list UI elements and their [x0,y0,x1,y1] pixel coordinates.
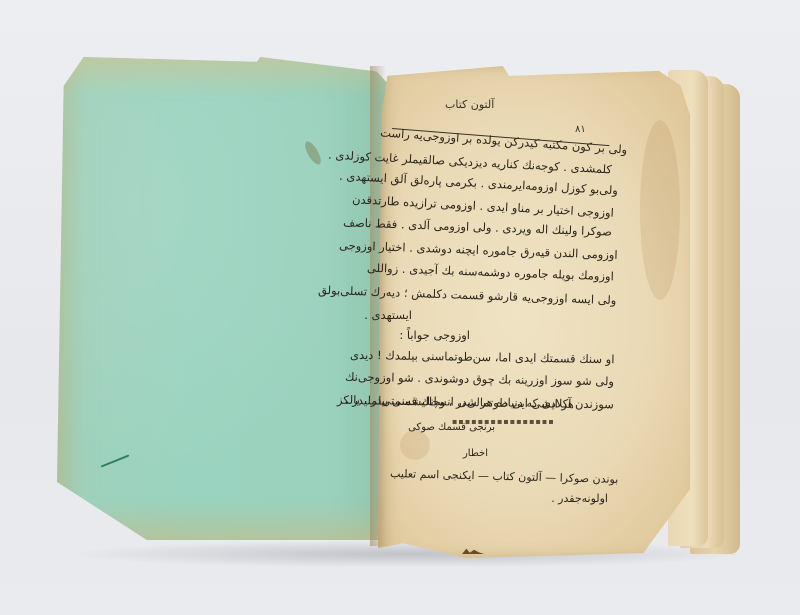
text-line: ايستهدى . [364,308,412,322]
photo-scene: آلتون كتاب ٨١ ولى بر كون مكتبه كيدركن يو… [0,0,800,615]
dialog-intro: اوزوجى جواباً : [399,328,470,342]
running-head: آلتون كتاب [445,98,494,111]
foxing-stain [400,430,430,460]
green-cover [57,57,390,540]
notice-title: اخطار [463,448,488,459]
notice-text: اولونه‌جقدر . [551,492,608,505]
ornament-divider: ▪▪▪▪▪▪▪▪▪▪▪▪▪▪▪▪ [452,417,555,426]
page-number: ٨١ [575,124,586,135]
water-stain [640,120,680,300]
